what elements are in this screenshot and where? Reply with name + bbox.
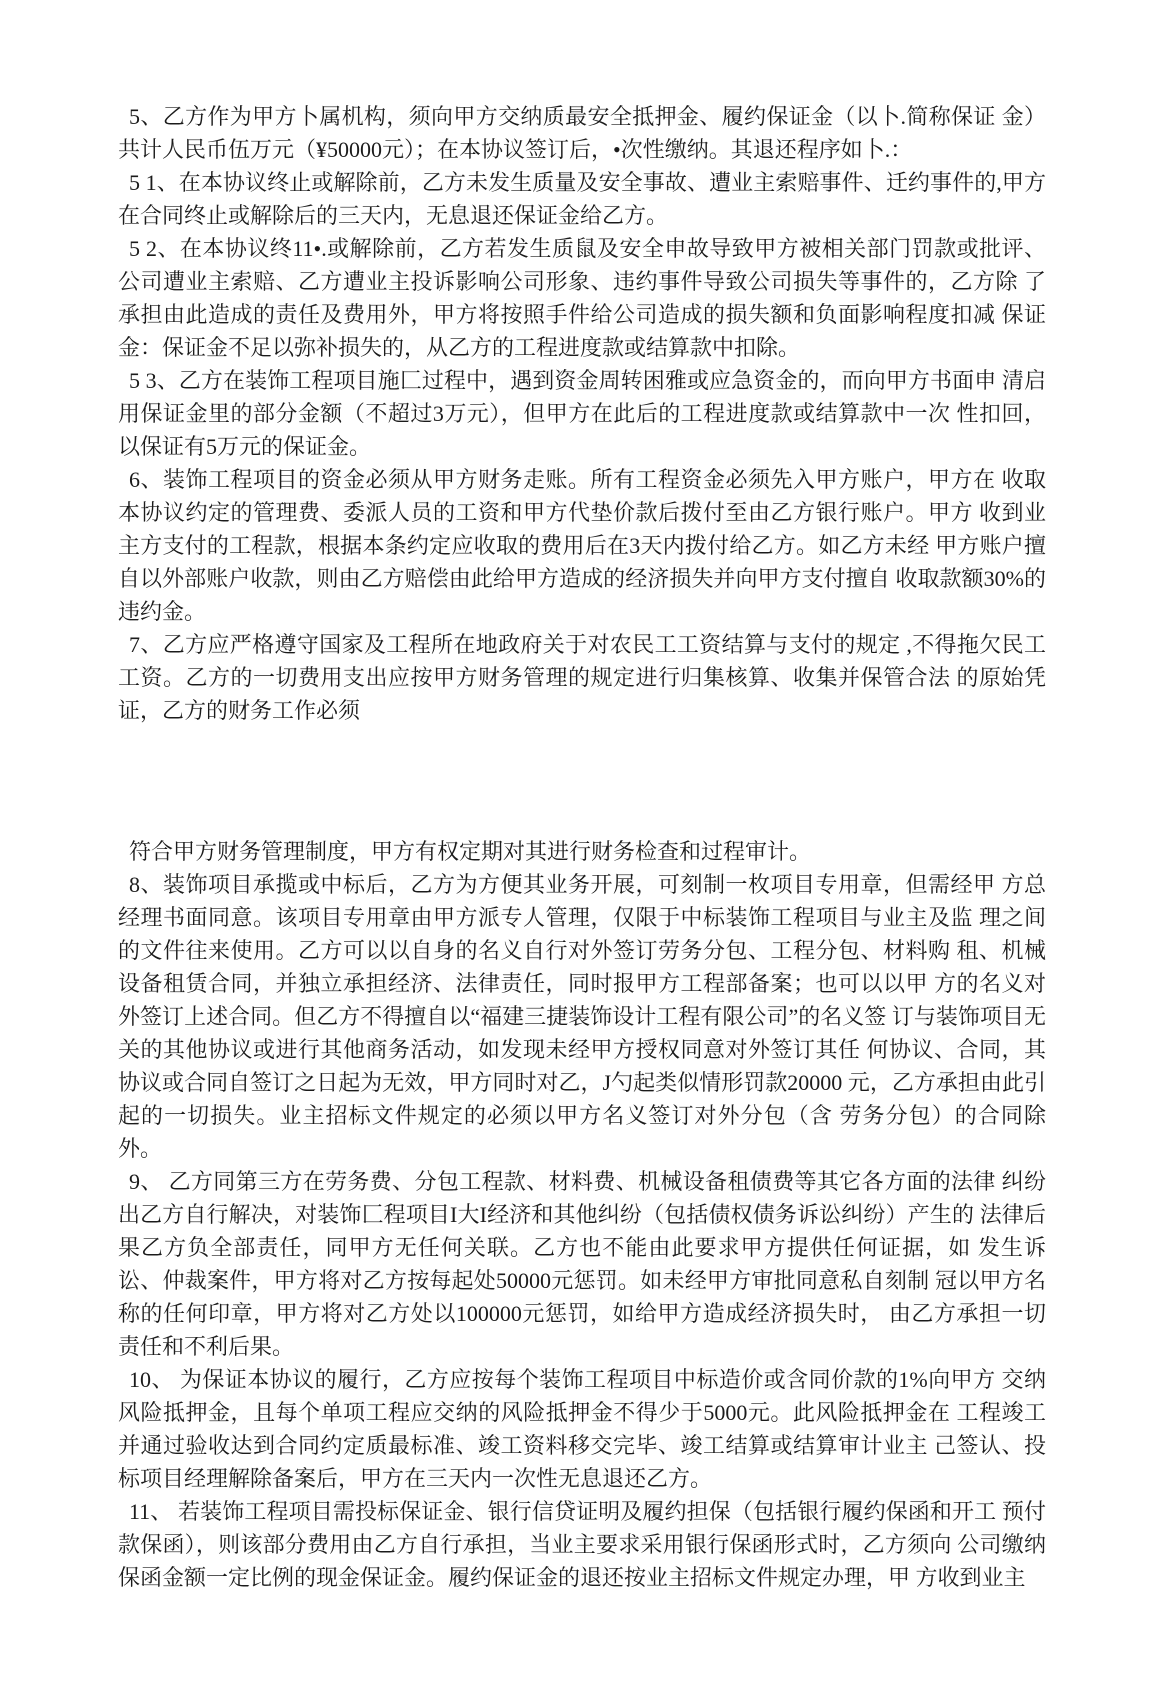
paragraph-clause-11: 11、 若装饰工程项目需投标保证金、银行信贷证明及履约担保（包括银行履约保函和开…	[118, 1495, 1046, 1594]
document-body: 5、乙方作为甲方卜属机构，须向甲方交纳质最安全抵押金、履约保证金（以卜.简称保证…	[118, 100, 1046, 1594]
contract-document-page: 5、乙方作为甲方卜属机构，须向甲方交纳质最安全抵押金、履约保证金（以卜.简称保证…	[0, 0, 1156, 1707]
paragraph-clause-8: 8、装饰项目承揽或中标后，乙方为方便其业务开展，可刻制一枚项目专用章，但需经甲 …	[118, 868, 1046, 1165]
paragraph-clause-6: 6、装饰工程项目的资金必须从甲方财务走账。所有工程资金必须先入甲方账户，甲方在 …	[118, 463, 1046, 628]
paragraph-clause-5-1: 5 1、在本协议终止或解除前，乙方未发生质量及安全事故、遭业主索赔事件、迁约事件…	[118, 166, 1046, 232]
paragraph-clause-5-3: 5 3、乙方在装饰工程项目施匚过程中，遇到资金周转困雅或应急资金的，而向甲方书面…	[118, 364, 1046, 463]
paragraph-clause-5-2: 5 2、在本协议终11•.或解除前，乙方若发生质鼠及安全申故导致甲方被相关部门罚…	[118, 232, 1046, 364]
paragraph-clause-7-continued: 符合甲方财务管理制度，甲方有权定期对其进行财务检查和过程审计。	[118, 835, 1046, 868]
paragraph-clause-5: 5、乙方作为甲方卜属机构，须向甲方交纳质最安全抵押金、履约保证金（以卜.简称保证…	[118, 100, 1046, 166]
paragraph-clause-7: 7、乙方应严格遵守国家及工程所在地政府关于对农民工工资结算与支付的规定 ,不得拖…	[118, 628, 1046, 727]
paragraph-clause-10: 10、 为保证本协议的履行，乙方应按每个装饰工程项目中标造价或含同价款的1%向甲…	[118, 1363, 1046, 1495]
paragraph-clause-9: 9、 乙方同第三方在劳务费、分包工程款、材料费、机械设备租债费等其它各方面的法律…	[118, 1165, 1046, 1363]
